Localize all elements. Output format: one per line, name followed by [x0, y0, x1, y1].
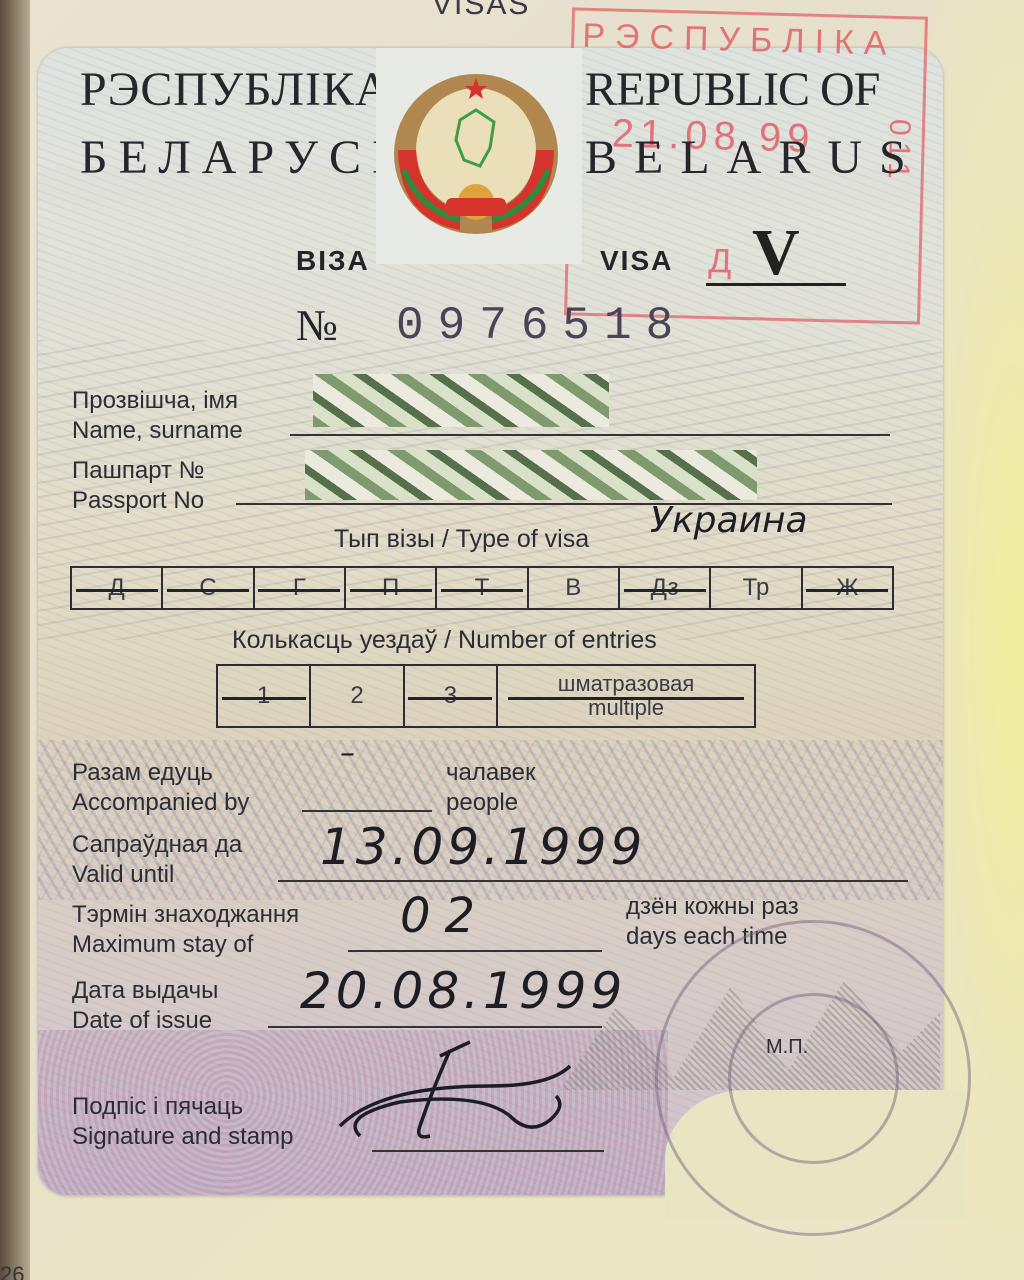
type-tbl-cell: Ж	[803, 568, 892, 608]
type-tbl-cell: В	[529, 568, 620, 608]
date-of-issue-value: 20.08.1999	[300, 962, 626, 1020]
type-tbl-cell: Г	[255, 568, 346, 608]
seal-place-label: М.П.	[766, 1036, 808, 1059]
valid-until-line	[278, 880, 908, 882]
accompanied-value: –	[340, 736, 355, 771]
valid-until-value: 13.09.1999	[320, 818, 646, 876]
valid-until-label: Сапраўдная да Valid until	[72, 830, 242, 890]
max-stay-line	[348, 950, 602, 952]
accompanied-label-be: Разам едуць	[72, 758, 249, 788]
type-tbl-cell: Дз	[620, 568, 711, 608]
type-of-visa-table: ДСГПТВДзТрЖ	[70, 566, 894, 610]
max-stay-suffix-be: дзён кожны раз	[626, 892, 799, 922]
strike-through	[167, 589, 249, 592]
visa-number: 0976518	[396, 300, 687, 352]
passport-label-be: Пашпарт №	[72, 456, 204, 486]
strike-through	[222, 697, 306, 700]
name-label-be: Прозвішча, імя	[72, 386, 243, 416]
name-value-redacted	[313, 374, 609, 427]
max-stay-value: 02	[400, 888, 489, 944]
max-stay-label-en: Maximum stay of	[72, 930, 299, 960]
country-name-be-line2: БЕЛАРУСЬ	[80, 130, 411, 185]
accompanied-label: Разам едуць Accompanied by	[72, 758, 249, 818]
strike-through	[508, 697, 743, 700]
page-header: VISAS	[432, 0, 530, 22]
name-label: Прозвішча, імя Name, surname	[72, 386, 243, 446]
country-name-be-line1: РЭСПУБЛІКА	[80, 62, 391, 117]
entries-table: 123шматразоваяmultiple	[216, 664, 756, 728]
signature-label: Подпіс і пячаць Signature and stamp	[72, 1092, 293, 1152]
signature-label-en: Signature and stamp	[72, 1122, 293, 1152]
accompanied-label-en: Accompanied by	[72, 788, 249, 818]
entries-tbl-cell: 1	[218, 666, 311, 726]
type-of-visa-handwritten: Украина	[650, 500, 808, 541]
type-tbl-cell: Тр	[711, 568, 802, 608]
handwritten-mark: V	[752, 215, 800, 291]
date-of-issue-label-be: Дата выдачы	[72, 976, 218, 1006]
passport-label: Пашпарт № Passport No	[72, 456, 204, 516]
entries-tbl-cell: 2	[311, 666, 404, 726]
valid-until-label-be: Сапраўдная да	[72, 830, 242, 860]
belarus-coat-of-arms-icon	[390, 70, 562, 238]
passport-label-en: Passport No	[72, 486, 204, 516]
date-of-issue-line	[268, 1026, 602, 1028]
visa-label-en: VISA	[600, 245, 673, 277]
signature-line	[372, 1150, 604, 1152]
max-stay-label: Тэрмін знаходжання Maximum stay of	[72, 900, 299, 960]
date-of-issue-label: Дата выдачы Date of issue	[72, 976, 218, 1036]
visa-number-sign: №	[296, 300, 338, 351]
type-tbl-cell: С	[163, 568, 254, 608]
entry-stamp-mark: Д	[708, 242, 732, 282]
mark-underline	[706, 283, 846, 286]
entries-tbl-cell: шматразоваяmultiple	[498, 666, 754, 726]
signature-label-be: Подпіс і пячаць	[72, 1092, 293, 1122]
type-of-visa-label: Тып візы / Type of visa	[334, 525, 589, 554]
strike-through	[258, 589, 340, 592]
type-tbl-cell: Т	[437, 568, 528, 608]
name-label-en: Name, surname	[72, 416, 243, 446]
strike-through	[408, 697, 492, 700]
type-tbl-cell: Д	[72, 568, 163, 608]
country-name-en-line1: REPUBLIC OF	[585, 62, 879, 117]
strike-through	[350, 589, 432, 592]
max-stay-label-be: Тэрмін знаходжання	[72, 900, 299, 930]
passport-spine-shadow	[0, 0, 30, 1280]
official-round-stamp	[655, 920, 971, 1236]
type-tbl-cell: П	[346, 568, 437, 608]
signature-scribble-icon	[320, 1036, 600, 1146]
official-round-stamp-inner	[728, 993, 899, 1164]
accompanied-suffix: чалавек people	[446, 758, 536, 818]
country-name-en-line2: BELARUS	[585, 130, 923, 185]
strike-through	[624, 589, 706, 592]
visa-label-be: ВІЗА	[296, 245, 370, 277]
strike-through	[441, 589, 523, 592]
date-of-issue-label-en: Date of issue	[72, 1006, 218, 1036]
page-number: 26	[0, 1262, 24, 1280]
entries-label: Колькасць уездаў / Number of entries	[232, 626, 657, 655]
strike-through	[76, 589, 158, 592]
valid-until-label-en: Valid until	[72, 860, 242, 890]
entry-stamp-title: РЭСПУБЛІКА	[582, 17, 897, 64]
passport-value-redacted	[305, 450, 757, 500]
strike-through	[806, 589, 888, 592]
accompanied-suffix-be: чалавек	[446, 758, 536, 788]
name-line	[290, 434, 890, 436]
entries-tbl-cell: 3	[405, 666, 498, 726]
accompanied-suffix-en: people	[446, 788, 536, 818]
accompanied-line	[302, 810, 432, 812]
